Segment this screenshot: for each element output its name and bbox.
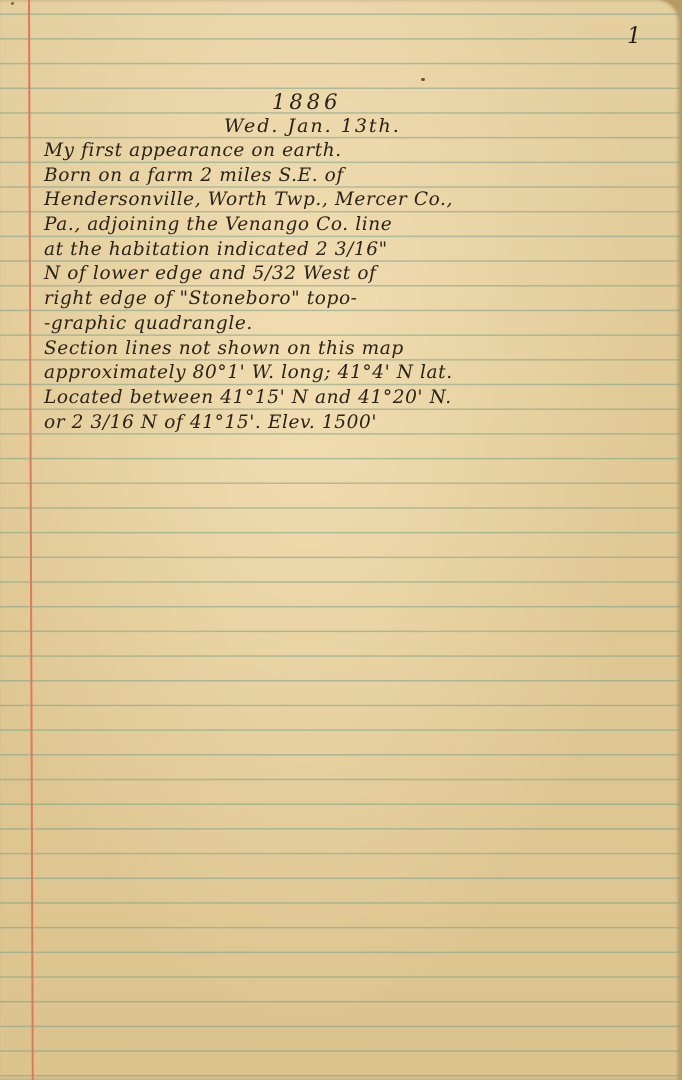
entry-line: approximately 80°1' W. long; 41°4' N lat…: [44, 361, 453, 386]
entry-year: 1886: [272, 90, 341, 115]
entry-line: Section lines not shown on this map: [44, 337, 453, 362]
entry-date: Wed. Jan. 13th.: [224, 114, 401, 139]
entry-line: at the habitation indicated 2 3/16": [44, 238, 453, 263]
entry-line: My first appearance on earth.: [44, 139, 453, 164]
entry-line: N of lower edge and 5/32 West of: [44, 262, 453, 287]
notebook-page: 1 1886 Wed. Jan. 13th. My first appearan…: [0, 0, 680, 1080]
entry-line: Located between 41°15' N and 41°20' N.: [44, 386, 453, 411]
entry-line: right edge of "Stoneboro" topo-: [44, 287, 453, 312]
paper-speck: [421, 78, 425, 81]
entry-line: or 2 3/16 N of 41°15'. Elev. 1500': [44, 411, 453, 436]
page-number: 1: [627, 24, 641, 49]
entry-line: -graphic quadrangle.: [44, 312, 453, 337]
entry-line: Born on a farm 2 miles S.E. of: [44, 164, 453, 189]
entry-line: Hendersonville, Worth Twp., Mercer Co.,: [44, 188, 453, 213]
entry-line: Pa., adjoining the Venango Co. line: [44, 213, 453, 238]
entry-body: My first appearance on earth. Born on a …: [44, 139, 453, 435]
paper-speck: [11, 2, 14, 5]
